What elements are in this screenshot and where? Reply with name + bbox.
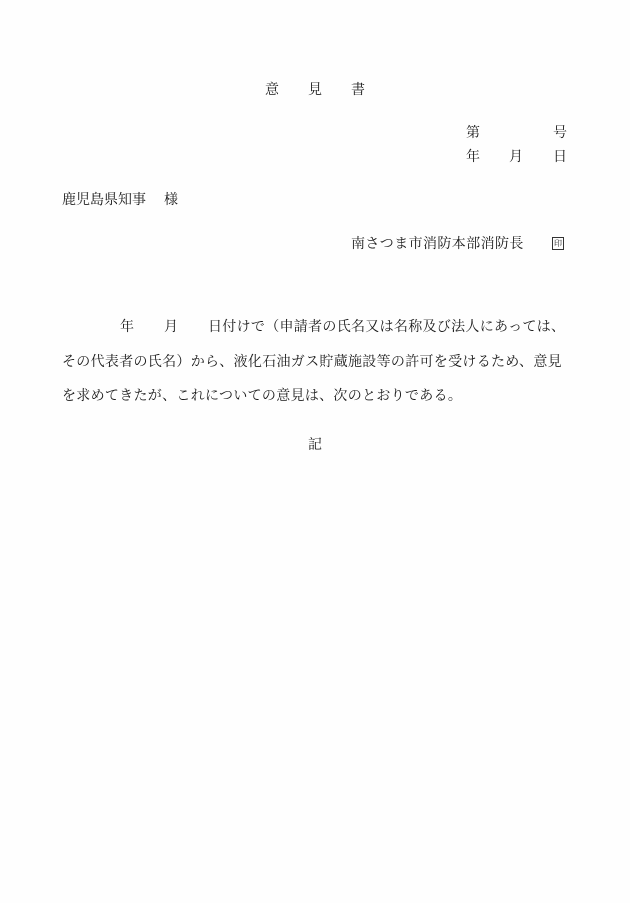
date-month: 月 — [509, 149, 523, 165]
addressee-name: 鹿児島県知事 — [62, 192, 146, 208]
title-char-1: 意 — [265, 82, 279, 98]
sender-name: 南さつま市消防本部消防長 — [351, 236, 524, 252]
date-year: 年 — [466, 149, 480, 165]
number-prefix: 第 — [466, 125, 480, 141]
seal-icon: 印 — [552, 237, 564, 250]
body-line-3: を求めてきたが、これについての意見は、次のとおりである。 — [62, 388, 570, 404]
body-year: 年 — [120, 319, 134, 335]
number-suffix: 号 — [553, 125, 567, 141]
title-char-2: 見 — [308, 82, 322, 98]
body-line-2: その代表者の氏名）から、液化石油ガス貯蔵施設等の許可を受けるため、意見 — [62, 354, 570, 370]
addressee-honorific: 様 — [164, 192, 178, 208]
body-line-1-text: 日付けで（申請者の氏名又は名称及び法人にあっては、 — [208, 319, 565, 335]
document-page: 意 見 書 第 号 年 月 日 鹿児島県知事 様 南さつま市消防本部消防長 印 … — [0, 0, 630, 903]
body-month: 月 — [164, 319, 178, 335]
ki-heading: 記 — [308, 437, 322, 453]
date-day: 日 — [553, 149, 567, 165]
title-char-3: 書 — [351, 82, 365, 98]
